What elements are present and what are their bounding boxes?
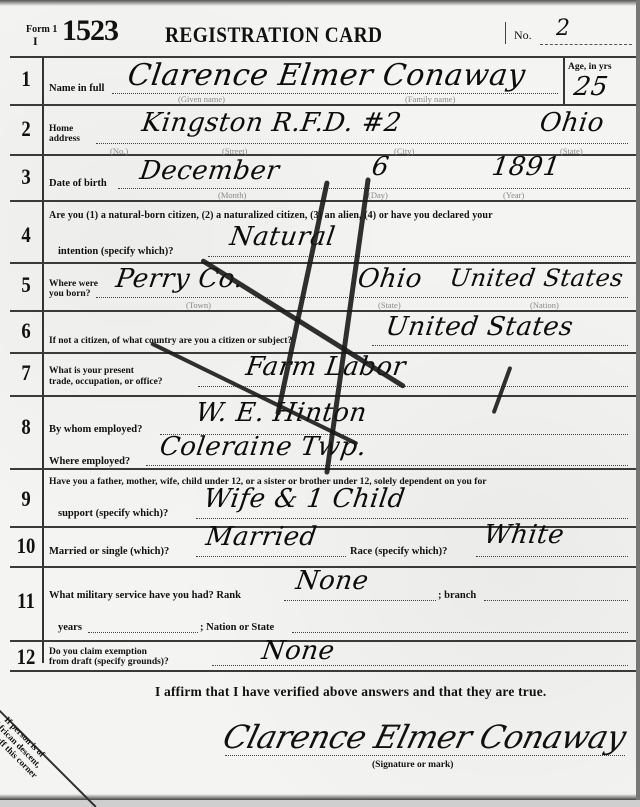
card-title: REGISTRATION CARD [165, 22, 382, 48]
marital-status-line [196, 556, 346, 557]
serial-number-line [540, 44, 632, 45]
row-number: 3 [16, 164, 36, 190]
serial-number-label: No. [514, 28, 532, 43]
caption-nation: (Nation) [530, 300, 559, 310]
caption-no: (No.) [110, 146, 128, 156]
exemption-label-2: from draft (specify grounds)? [49, 657, 169, 667]
race-line [476, 556, 628, 557]
tear-off-corner-note: If person is of African descent, tear of… [0, 705, 57, 783]
row-number: 7 [16, 360, 36, 386]
caption-street: (Street) [222, 146, 248, 156]
nation-state-label: ; Nation or State [200, 622, 274, 633]
caption-city: (City) [394, 146, 414, 156]
caption-state: (State) [560, 146, 583, 156]
caption-given-name: (Given name) [178, 94, 225, 104]
employer-label: By whom employed? [49, 424, 142, 435]
name-value: Clarence Elmer Conaway [126, 58, 528, 93]
address-street-value: Kingston R.F.D. #2 [140, 108, 404, 138]
dob-line [118, 188, 630, 189]
birth-nation-value: United States [448, 264, 625, 292]
occupation-label-1: What is your present [49, 366, 134, 376]
citizenship-value: Natural [228, 222, 337, 252]
citizenship-question: Are you (1) a natural-born citizen, (2) … [49, 210, 493, 221]
serial-number-value: 2 [556, 16, 570, 41]
caption-year: (Year) [503, 190, 524, 200]
home-address-label-2: address [49, 134, 80, 144]
home-address-label-1: Home [49, 124, 73, 134]
years-label: years [58, 622, 82, 633]
foreign-citizenship-line [372, 345, 628, 346]
employment-place-label: Where employed? [49, 456, 130, 467]
dependents-line [196, 518, 628, 519]
branch-label: ; branch [438, 590, 476, 601]
row-divider [10, 670, 636, 672]
foreign-citizenship-label: If not a citizen, of what country are yo… [49, 336, 292, 346]
caption-town: (Town) [186, 300, 211, 310]
date-of-birth-label: Date of birth [49, 178, 107, 189]
row-number: 8 [16, 414, 36, 440]
header-separator [505, 22, 506, 44]
signature-line [225, 755, 625, 756]
scan-edge-right [636, 0, 640, 800]
birth-state-value: Ohio [356, 264, 424, 294]
row-number: 2 [16, 116, 36, 142]
row-divider [10, 395, 636, 397]
branch-line [484, 600, 628, 601]
row-number: 5 [16, 272, 36, 298]
caption-state: (State) [378, 300, 401, 310]
exemption-label-1: Do you claim exemption [49, 647, 147, 657]
name-label: Name in full [49, 83, 104, 94]
exemption-value: None [260, 636, 337, 666]
birthplace-label-2: you born? [49, 289, 90, 299]
nation-state-line [292, 632, 628, 633]
employment-place-line [146, 465, 628, 466]
occupation-label-2: trade, occupation, or office? [49, 377, 163, 387]
age-value: 25 [572, 72, 610, 102]
citizenship-line [208, 256, 630, 257]
age-column-rule [563, 58, 565, 104]
scan-edge-bottom [0, 794, 640, 800]
form-label: Form 1 [26, 24, 57, 35]
address-line [96, 143, 628, 144]
birth-day-value: 6 [370, 152, 391, 182]
birthplace-line [96, 297, 628, 298]
affirmation-text: I affirm that I have verified above answ… [155, 684, 546, 700]
row-number: 1 [16, 66, 36, 92]
marital-status-value: Married [204, 522, 319, 552]
race-label: Race (specify which)? [350, 546, 447, 557]
dependents-value: Wife & 1 Child [202, 484, 407, 514]
row-number: 9 [16, 486, 36, 512]
signature: Clarence Elmer Conaway [219, 718, 629, 756]
race-value: White [482, 520, 566, 550]
caption-family-name: (Family name) [405, 94, 455, 104]
form-number: 1523 [62, 14, 118, 48]
birth-month-value: December [138, 156, 282, 186]
citizenship-label: intention (specify which)? [58, 246, 174, 257]
military-service-label: What military service have you had? Rank [49, 590, 241, 601]
caption-month: (Month) [218, 190, 246, 200]
row-number: 6 [16, 318, 36, 344]
military-rank-value: None [294, 566, 371, 596]
form-sub-mark: I [33, 34, 38, 49]
row-number: 12 [16, 644, 36, 670]
occupation-line [198, 386, 628, 387]
ink-strike-mark [492, 366, 513, 414]
row-divider [10, 468, 636, 470]
row-divider [10, 104, 636, 106]
birth-year-value: 1891 [490, 152, 562, 182]
row-number: 11 [16, 588, 36, 614]
dependents-label: support (specify which)? [58, 508, 168, 519]
caption-day: (Day) [368, 190, 388, 200]
signature-caption: (Signature or mark) [372, 760, 453, 770]
marital-status-label: Married or single (which)? [49, 546, 169, 557]
registration-card: Form 1 I 1523 REGISTRATION CARD No. 2 1 … [0, 0, 640, 800]
row-number: 10 [16, 533, 36, 559]
birth-town-value: Perry Co. [114, 264, 246, 294]
address-state-value: Ohio [538, 108, 606, 138]
birthplace-label-1: Where were [49, 279, 98, 289]
foreign-citizenship-value: United States [384, 312, 575, 342]
scan-edge-top [0, 0, 640, 6]
rank-line [284, 600, 436, 601]
row-number: 4 [16, 222, 36, 248]
number-column-rule [42, 58, 44, 663]
occupation-value: Farm Labor [244, 352, 408, 382]
years-line [88, 632, 198, 633]
age-label: Age, in yrs [568, 62, 612, 72]
